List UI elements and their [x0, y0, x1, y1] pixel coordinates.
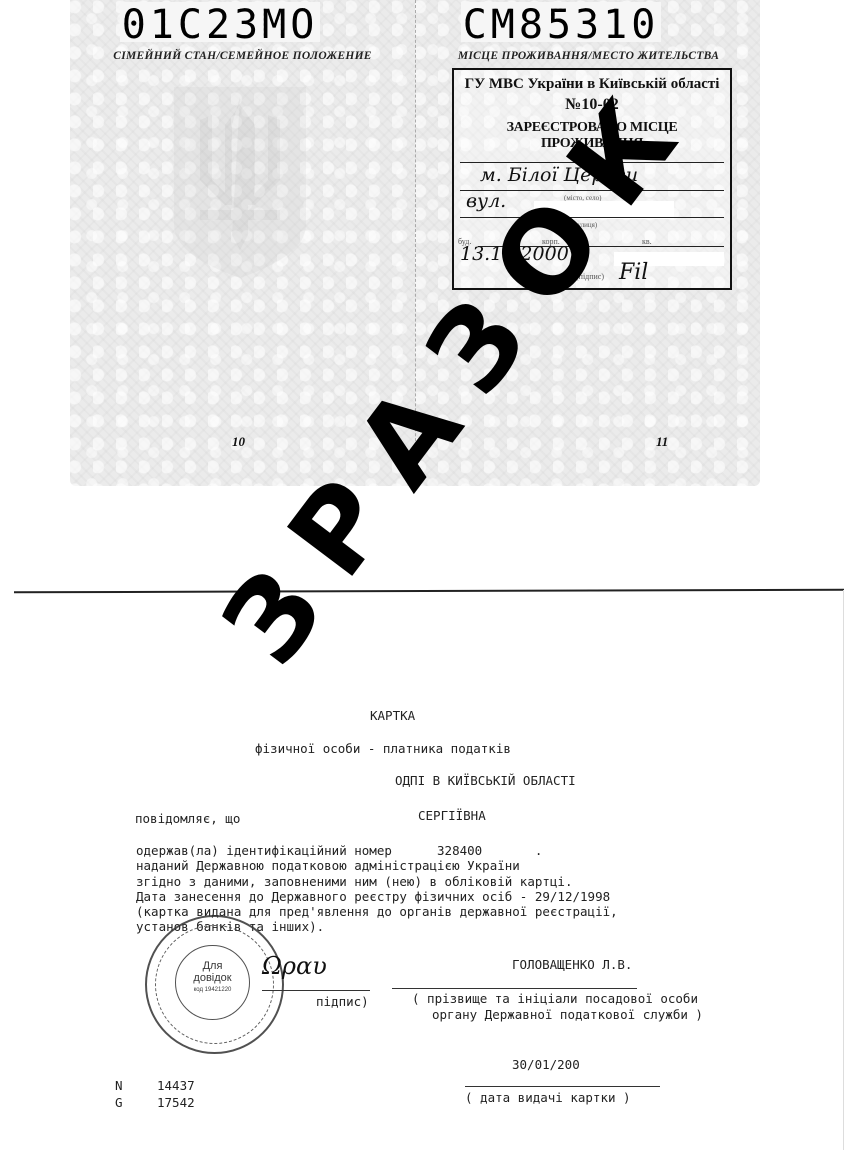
seal-text: Для	[176, 960, 249, 972]
signature-line	[262, 990, 370, 991]
patronymic: СЕРГІЇВНА	[418, 808, 486, 823]
g-label: G	[115, 1095, 123, 1110]
body-line: одержав(ла) ідентифікаційний номер 32840…	[136, 843, 618, 858]
marital-status-heading: СІМЕЙНИЙ СТАН/СЕМЕЙНОЕ ПОЛОЖЕНИЕ	[70, 50, 415, 62]
official-name: ГОЛОВАЩЕНКО Л.В.	[512, 957, 632, 972]
page-number-10: 10	[232, 434, 245, 450]
official-seal: Для довідок код 19421220	[145, 915, 284, 1054]
seal-code: код 19421220	[176, 984, 249, 996]
notifies-label: повідомляє, що	[135, 811, 240, 826]
stamp-apartment-label: кв.	[642, 237, 652, 246]
body-line: Дата занесення до Державного реєстру фіз…	[136, 889, 618, 904]
passport-serial-right: СМ85310	[461, 2, 661, 42]
signature-label: підпис)	[316, 994, 369, 1009]
stamp-signature: Fil	[619, 260, 648, 285]
official-name-line	[392, 988, 637, 989]
official-signature: Ωραυ	[262, 952, 327, 980]
issue-date-caption: ( дата видачі картки )	[465, 1090, 631, 1105]
passport-serial-left: 01С2ЗМО	[120, 2, 320, 42]
seal-text: довідок	[176, 972, 249, 984]
body-line: згідно з даними, заповненими ним (нею) в…	[136, 874, 618, 889]
card-subtitle: фізичної особи - платника податків	[255, 741, 511, 756]
card-top-edge	[14, 589, 844, 594]
card-right-edge	[843, 590, 844, 1150]
residence-heading: МІСЦЕ ПРОЖИВАННЯ/МЕСТО ЖИТЕЛЬСТВА	[416, 50, 761, 62]
card-title: КАРТКА	[370, 708, 415, 723]
n-value: 14437	[157, 1078, 195, 1093]
g-value: 17542	[157, 1095, 195, 1110]
page-number-11: 11	[656, 434, 668, 450]
card-issuer: ОДПІ В КИЇВСЬКІЙ ОБЛАСТІ	[395, 773, 576, 788]
body-line: наданий Державною податковою адміністрац…	[136, 858, 618, 873]
issue-date-line	[465, 1086, 660, 1087]
issue-date: 30/01/200	[512, 1057, 580, 1072]
n-label: N	[115, 1078, 123, 1093]
trident-emblem-icon	[170, 85, 310, 280]
official-caption-2: органу Державної податкової служби )	[432, 1007, 703, 1022]
official-caption-1: ( прізвище та ініціали посадової особи	[412, 991, 698, 1006]
seal-center: Для довідок код 19421220	[175, 945, 250, 1020]
